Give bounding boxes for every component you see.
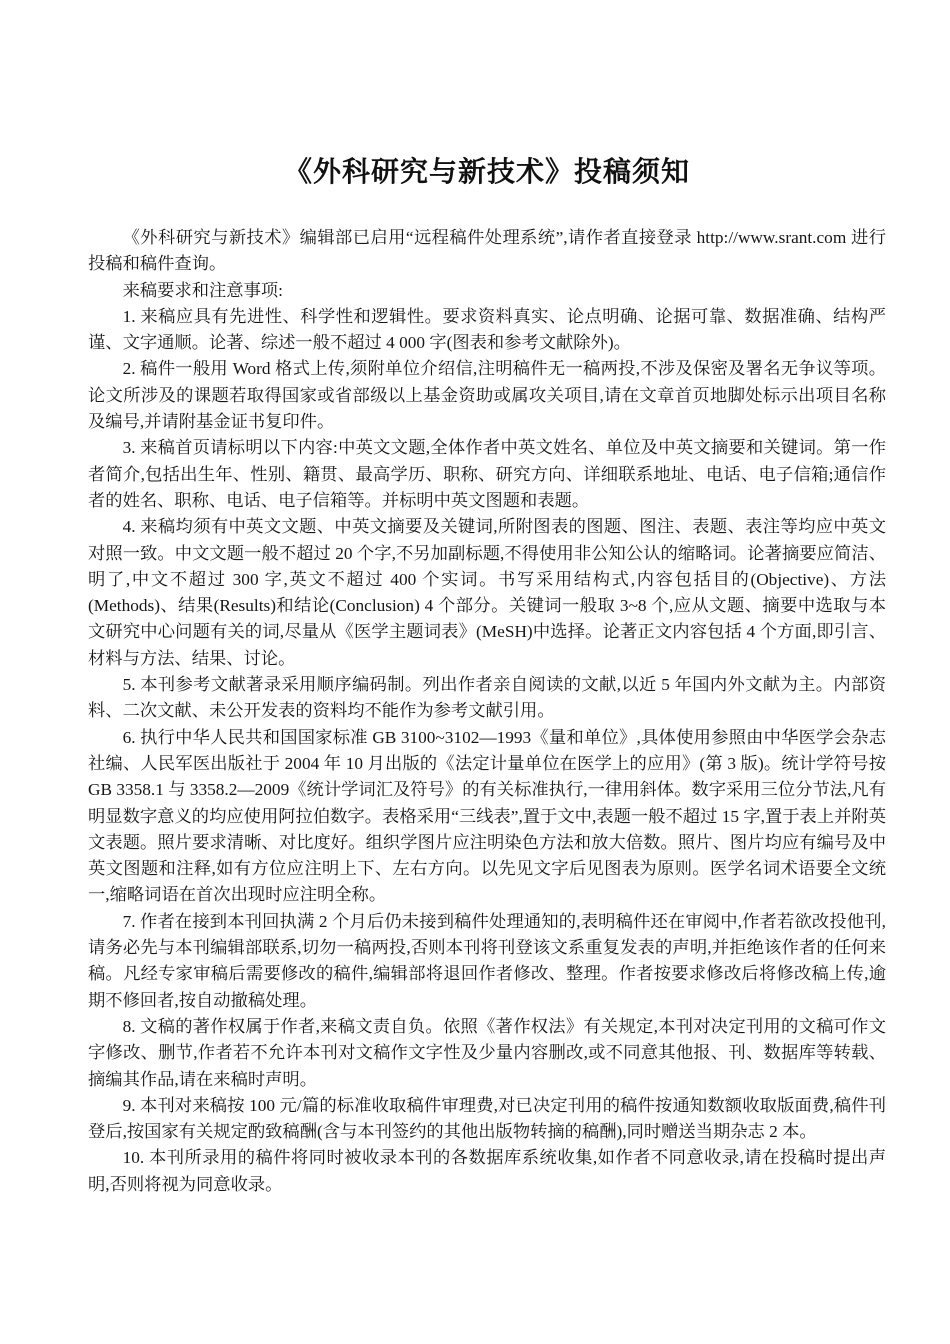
notice-item-7: 7. 作者在接到本刊回执满 2 个月后仍未接到稿件处理通知的,表明稿件还在审阅中… <box>88 909 886 1014</box>
notice-item-4: 4. 来稿均须有中英文文题、中英文摘要及关键词,所附图表的图题、图注、表题、表注… <box>88 514 886 672</box>
notice-item-2: 2. 稿件一般用 Word 格式上传,须附单位介绍信,注明稿件无一稿两投,不涉及… <box>88 356 886 435</box>
intro-paragraph: 《外科研究与新技术》编辑部已启用“远程稿件处理系统”,请作者直接登录 http:… <box>88 225 886 278</box>
notice-item-9: 9. 本刊对来稿按 100 元/篇的标准收取稿件审理费,对已决定刊用的稿件按通知… <box>88 1093 886 1146</box>
notice-item-10: 10. 本刊所录用的稿件将同时被收录本刊的各数据库系统收集,如作者不同意收录,请… <box>88 1145 886 1198</box>
page-title: 《外科研究与新技术》投稿须知 <box>88 155 886 189</box>
notice-item-8: 8. 文稿的著作权属于作者,来稿文责自负。依照《著作权法》有关规定,本刊对决定刊… <box>88 1014 886 1093</box>
notice-item-5: 5. 本刊参考文献著录采用顺序编码制。列出作者亲自阅读的文献,以近 5 年国内外… <box>88 672 886 725</box>
document-page: 《外科研究与新技术》投稿须知 《外科研究与新技术》编辑部已启用“远程稿件处理系统… <box>0 0 950 1344</box>
notice-item-6: 6. 执行中华人民共和国国家标准 GB 3100~3102—1993《量和单位》… <box>88 725 886 909</box>
document-content: 《外科研究与新技术》投稿须知 《外科研究与新技术》编辑部已启用“远程稿件处理系统… <box>88 155 886 1198</box>
notice-item-1: 1. 来稿应具有先进性、科学性和逻辑性。要求资料真实、论点明确、论据可靠、数据准… <box>88 304 886 357</box>
notice-item-3: 3. 来稿首页请标明以下内容:中英文文题,全体作者中英文姓名、单位及中英文摘要和… <box>88 435 886 514</box>
section-label: 来稿要求和注意事项: <box>88 278 886 304</box>
